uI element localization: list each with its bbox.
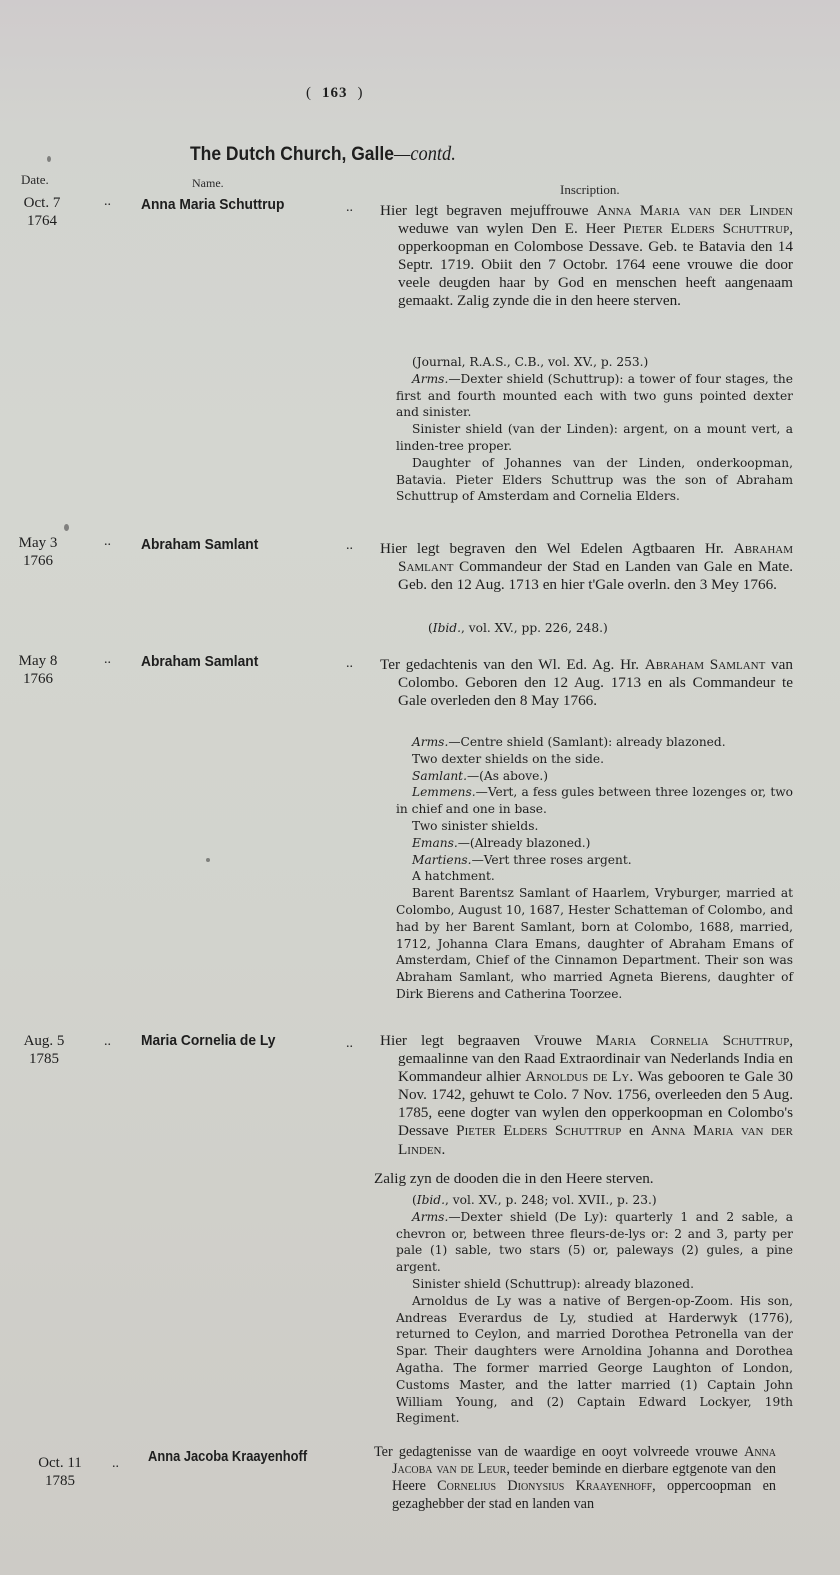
leader-dots: .. — [346, 538, 353, 554]
date-year: 1766 — [8, 670, 68, 688]
note-paragraph: Daughter of Johannes van der Linden, ond… — [396, 455, 793, 505]
entry-inscription: Ter gedagtenisse van de waardige en ooyt… — [374, 1444, 776, 1513]
note-paragraph: (Ibid., vol. XV., pp. 226, 248.) — [412, 620, 809, 637]
entry-date: Aug. 5 1785 — [14, 1032, 74, 1068]
date-day: May 3 — [8, 534, 68, 552]
entry-name: Maria Cornelia de Ly — [141, 1032, 275, 1049]
date-year: 1785 — [30, 1472, 90, 1490]
leader-dots: .. — [104, 1034, 111, 1050]
paren-close: ) — [358, 85, 364, 101]
ink-spot — [47, 156, 51, 162]
column-header-date: Date. — [21, 172, 49, 188]
date-day: Aug. 5 — [14, 1032, 74, 1050]
note-paragraph: Samlant.—(As above.) — [396, 768, 793, 785]
inscription-text: Hier legt begraaven Vrouwe Maria Corneli… — [380, 1032, 793, 1159]
leader-dots: .. — [346, 656, 353, 672]
entry-date: Oct. 7 1764 — [12, 194, 72, 230]
inscription-text: Hier legt begraven mejuffrouwe Anna Mari… — [380, 202, 793, 311]
date-day: Oct. 7 — [12, 194, 72, 212]
page-number: (163) — [306, 85, 386, 102]
entry-inscription: Hier legt begraaven Vrouwe Maria Corneli… — [380, 1032, 793, 1159]
date-year: 1785 — [14, 1050, 74, 1068]
leader-dots: .. — [104, 534, 111, 550]
entry-name: Abraham Samlant — [141, 653, 258, 670]
entry-name: Anna Jacoba Kraayenhoff — [148, 1448, 307, 1465]
entry-date: May 3 1766 — [8, 534, 68, 570]
leader-dots: .. — [346, 1036, 353, 1052]
note-paragraph: Emans.—(Already blazoned.) — [396, 835, 793, 852]
note-paragraph: Arms.—Centre shield (Samlant): already b… — [396, 734, 793, 751]
ink-spot — [64, 524, 69, 531]
note-paragraph: Martiens.—Vert three roses argent. — [396, 852, 793, 869]
title-suffix: —contd. — [394, 143, 456, 165]
entry-notes: Arms.—Centre shield (Samlant): already b… — [396, 734, 793, 1003]
note-paragraph: Arms.—Dexter shield (De Ly): quarterly 1… — [396, 1209, 793, 1276]
note-paragraph: Barent Barentsz Samlant of Haarlem, Vryb… — [396, 885, 793, 1003]
leader-dots: .. — [104, 652, 111, 668]
note-paragraph: Two dexter shields on the side. — [396, 751, 793, 768]
entry-inscription: Hier legt begraven mejuffrouwe Anna Mari… — [380, 202, 793, 311]
inscription-text: Hier legt begraven den Wel Edelen Agtbaa… — [380, 540, 793, 594]
inscription-text: Ter gedachtenis van den Wl. Ed. Ag. Hr. … — [380, 656, 793, 710]
note-paragraph: A hatchment. — [396, 868, 793, 885]
column-header-inscription: Inscription. — [560, 182, 620, 198]
page-title: The Dutch Church, Galle—contd. — [190, 143, 456, 166]
note-paragraph: Arnoldus de Ly was a native of Bergen-op… — [396, 1293, 793, 1427]
note-paragraph: (Ibid., vol. XV., p. 248; vol. XVII., p.… — [396, 1192, 793, 1209]
page-number-value: 163 — [312, 85, 358, 101]
entry-notes: (Journal, R.A.S., C.B., vol. XV., p. 253… — [396, 354, 793, 505]
title-main: The Dutch Church, Galle — [190, 144, 394, 165]
inscription-text: Ter gedagtenisse van de waardige en ooyt… — [374, 1444, 776, 1513]
entry-name: Abraham Samlant — [141, 536, 258, 553]
note-paragraph: Sinister shield (van der Linden): argent… — [396, 421, 793, 455]
date-year: 1766 — [8, 552, 68, 570]
date-day: May 8 — [8, 652, 68, 670]
entry-name: Anna Maria Schuttrup — [141, 196, 284, 213]
column-header-name: Name. — [192, 176, 224, 191]
date-year: 1764 — [12, 212, 72, 230]
note-paragraph: Arms.—Dexter shield (Schuttrup): a tower… — [396, 371, 793, 421]
entry-notes: (Ibid., vol. XV., p. 248; vol. XVII., p.… — [396, 1192, 793, 1427]
note-paragraph: Two sinister shields. — [396, 818, 793, 835]
note-paragraph: (Journal, R.A.S., C.B., vol. XV., p. 253… — [396, 354, 793, 371]
entry-inscription: Ter gedachtenis van den Wl. Ed. Ag. Hr. … — [380, 656, 793, 710]
ink-spot — [206, 858, 210, 862]
leader-dots: .. — [112, 1456, 119, 1472]
entry-notes: (Ibid., vol. XV., pp. 226, 248.) — [412, 620, 809, 637]
entry-closing-line: Zalig zyn de dooden die in den Heere ste… — [374, 1170, 787, 1188]
date-day: Oct. 11 — [30, 1454, 90, 1472]
entry-date: May 8 1766 — [8, 652, 68, 688]
leader-dots: .. — [104, 194, 111, 210]
entry-date: Oct. 11 1785 — [30, 1454, 90, 1490]
leader-dots: .. — [346, 200, 353, 216]
entry-inscription: Hier legt begraven den Wel Edelen Agtbaa… — [380, 540, 793, 594]
note-paragraph: Lemmens.—Vert, a fess gules between thre… — [396, 784, 793, 818]
note-paragraph: Sinister shield (Schuttrup): already bla… — [396, 1276, 793, 1293]
